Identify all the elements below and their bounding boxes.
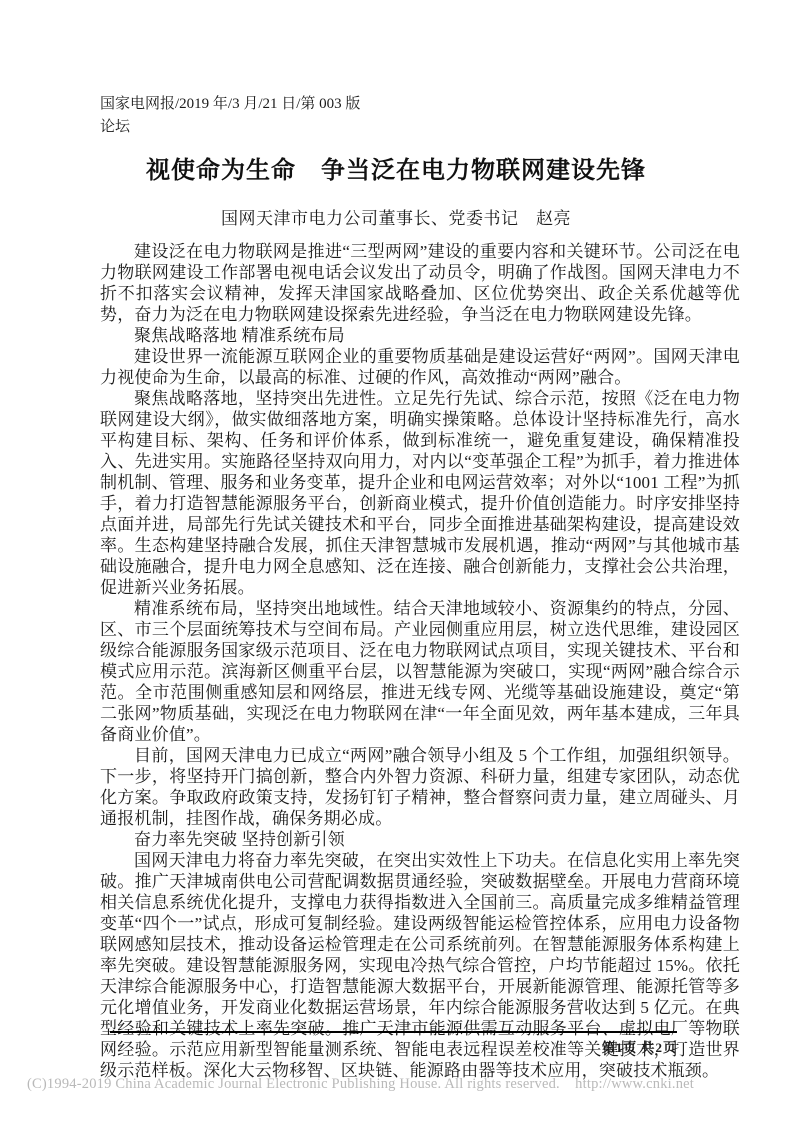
section-label: 论坛 [100, 116, 740, 139]
article-paragraph: 目前，国网天津电力已成立“两网”融合领导小组及 5 个工作组，加强组织领导。下一… [100, 745, 740, 829]
section-subheading: 聚焦战略落地 精准系统布局 [100, 325, 740, 346]
article-byline: 国网天津市电力公司董事长、党委书记 赵亮 [76, 204, 716, 229]
page-indicator: 第1页 共2页 [110, 1037, 677, 1056]
article-body: 建设泛在电力物联网是推进“三型两网”建设的重要内容和关键环节。公司泛在电力物联网… [100, 241, 740, 1081]
article-paragraph: 建设泛在电力物联网是推进“三型两网”建设的重要内容和关键环节。公司泛在电力物联网… [100, 241, 740, 325]
article-title: 视使命为生命 争当泛在电力物联网建设先锋 [76, 150, 716, 185]
article-paragraph: 精准系统布局，坚持突出地域性。结合天津地域较小、资源集约的特点，分园、区、市三个… [100, 598, 740, 745]
article-paragraph: 聚焦战略落地，坚持突出先进性。立足先行先试、综合示范，按照《泛在电力物联网建设大… [100, 388, 740, 598]
source-citation: 国家电网报/2019 年/3 月/21 日/第 003 版 [100, 93, 740, 116]
document-page: 国家电网报/2019 年/3 月/21 日/第 003 版 论坛 视使命为生命 … [0, 0, 793, 1122]
section-subheading: 奋力率先突破 坚持创新引领 [100, 829, 740, 850]
copyright-notice: (C)1994-2019 China Academic Journal Elec… [27, 1076, 694, 1093]
footer-divider [110, 1031, 677, 1033]
article-paragraph: 建设世界一流能源互联网企业的重要物质基础是建设运营好“两网”。国网天津电力视使命… [100, 346, 740, 388]
masthead: 国家电网报/2019 年/3 月/21 日/第 003 版 论坛 [100, 93, 740, 139]
